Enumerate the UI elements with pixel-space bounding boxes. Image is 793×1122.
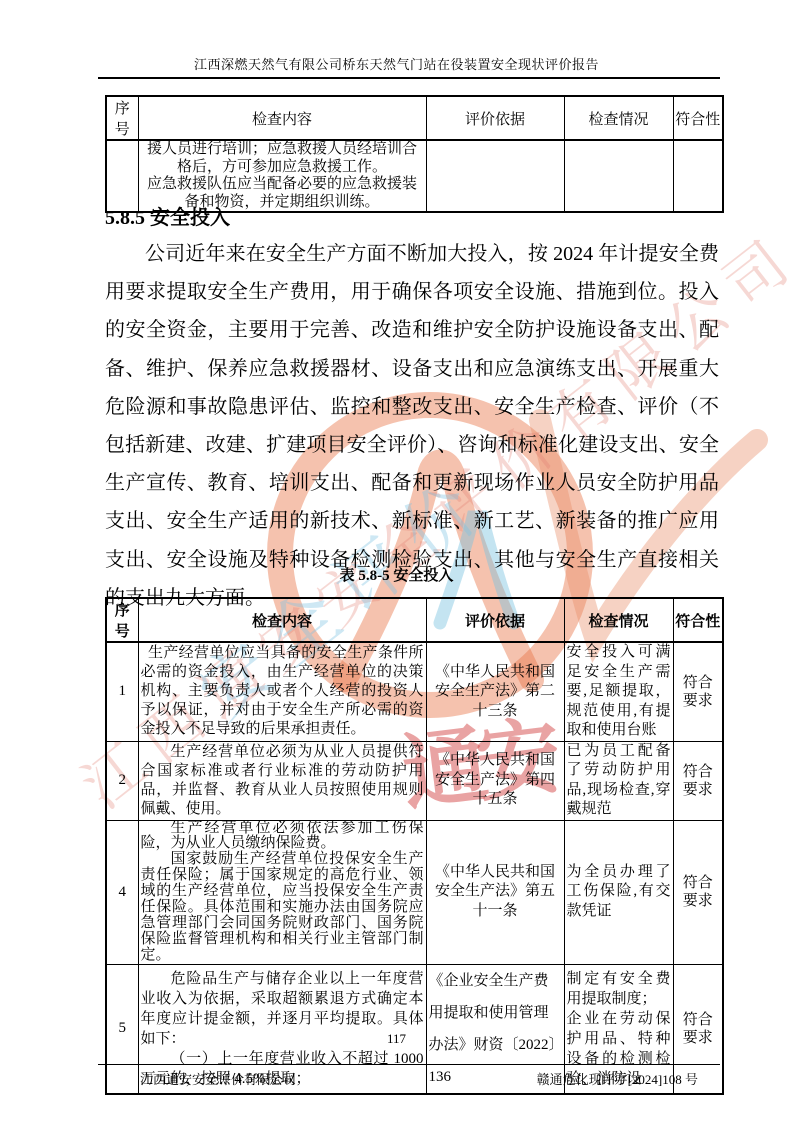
cell-paragraph: 国家鼓励生产经营单位投保安全生产责任保险；属于国家规定的高危行业、领域的生产经营… <box>141 852 424 963</box>
cell-content: 生产经营单位应当具备的安全生产条件所必需的资金投入，由生产经营单位的决策机构、主… <box>138 642 426 741</box>
cell-seq: 4 <box>106 820 138 964</box>
cell-paragraph: 为全员办理了工伤保险,有交款凭证 <box>567 863 671 922</box>
cell-paragraph: 已为员工配备了劳动防护用品,现场检查,穿戴规范 <box>567 742 671 820</box>
cell-situation: 已为员工配备了劳动防护用品,现场检查,穿戴规范 <box>564 741 673 820</box>
cell-conformity: 符合要求 <box>673 642 723 741</box>
table-caption: 表 5.8-5 安全投入 <box>0 564 793 585</box>
col-header-content: 检查内容 <box>138 96 426 140</box>
col-header-content: 检查内容 <box>138 598 426 642</box>
table-row: 4 生产经营单位必须依法参加工伤保险，为从业人员缴纳保险费。 国家鼓励生产经营单… <box>106 820 723 964</box>
cell-basis: 《中华人民共和国安全生产法》第二十三条 <box>426 642 564 741</box>
cell-situation: 安全投入可满足安全生产需要,足额提取，规范使用,有提取和使用台账 <box>564 642 673 741</box>
continuation-table: 序号 检查内容 评价依据 检查情况 符合性 援人员进行培训；应急救援人员经培训合… <box>105 95 724 213</box>
section-heading: 5.8.5 安全投入 <box>105 201 230 230</box>
cell-paragraph: 援人员进行培训；应急救援人员经培训合格后，方可参加应急救援工作。 <box>141 141 424 176</box>
cell-paragraph: 生产经营单位应当具备的安全生产条件所必需的资金投入，由生产经营单位的决策机构、主… <box>141 644 424 739</box>
page-number: 117 <box>0 1031 793 1047</box>
cell-paragraph: 生产经营单位必须为从业人员提供符合国家标准或者行业标准的劳动防护用品，并监督、教… <box>141 743 424 819</box>
cell-conformity: 符合要求 <box>673 741 723 820</box>
document-page: 江西通安安全评价有限公司 安全评价 通安 江西深燃天然气有限公司桥东天然气门站在… <box>0 0 793 1122</box>
col-header-basis: 评价依据 <box>426 96 564 140</box>
cell-content: 生产经营单位必须为从业人员提供符合国家标准或者行业标准的劳动防护用品，并监督、教… <box>138 741 426 820</box>
cell-paragraph: 生产经营单位必须依法参加工伤保险，为从业人员缴纳保险费。 <box>141 821 424 853</box>
col-header-conformity: 符合性 <box>673 598 723 642</box>
page-header-title: 江西深燃天然气有限公司桥东天然气门站在役装置安全现状评价报告 <box>0 54 793 73</box>
cell-basis <box>426 140 564 212</box>
col-header-basis: 评价依据 <box>426 598 564 642</box>
cell-paragraph: 安全投入可满足安全生产需要,足额提取，规范使用,有提取和使用台账 <box>567 643 671 741</box>
col-header-situation: 检查情况 <box>564 96 673 140</box>
cell-basis: 《中华人民共和国安全生产法》第五十一条 <box>426 820 564 964</box>
cell-seq: 2 <box>106 741 138 820</box>
table-header-row: 序号 检查内容 评价依据 检查情况 符合性 <box>106 96 723 140</box>
footer-document-number: 赣通危化现评字[2024]108 号 <box>537 1069 698 1088</box>
col-header-conformity: 符合性 <box>673 96 723 140</box>
col-header-seq: 序号 <box>106 598 138 642</box>
safety-investment-table: 序号 检查内容 评价依据 检查情况 符合性 1 生产经营单位应当具备的安全生产条… <box>105 597 724 1095</box>
footer-company: 江西通安安全评价有限公司 <box>140 1069 296 1088</box>
cell-conformity <box>673 140 723 212</box>
cell-seq: 5 <box>106 964 138 1094</box>
cell-basis: 《中华人民共和国安全生产法》第四十五条 <box>426 741 564 820</box>
cell-seq: 1 <box>106 642 138 741</box>
col-header-situation: 检查情况 <box>564 598 673 642</box>
cell-paragraph: 制定有安全费用提取制度； <box>567 969 671 1009</box>
cell-content: 生产经营单位必须依法参加工伤保险，为从业人员缴纳保险费。 国家鼓励生产经营单位投… <box>138 820 426 964</box>
body-paragraph: 公司近年来在安全生产方面不断加大投入，按 2024 年计提安全费用要求提取安全生… <box>105 235 719 617</box>
col-header-seq: 序号 <box>106 96 138 140</box>
cell-conformity: 符合要求 <box>673 820 723 964</box>
table-row: 2 生产经营单位必须为从业人员提供符合国家标准或者行业标准的劳动防护用品，并监督… <box>106 741 723 820</box>
cell-situation <box>564 140 673 212</box>
header-divider <box>98 77 720 79</box>
cell-situation: 为全员办理了工伤保险,有交款凭证 <box>564 820 673 964</box>
footer-divider <box>98 1064 720 1065</box>
table-row: 1 生产经营单位应当具备的安全生产条件所必需的资金投入，由生产经营单位的决策机构… <box>106 642 723 741</box>
table-header-row: 序号 检查内容 评价依据 检查情况 符合性 <box>106 598 723 642</box>
